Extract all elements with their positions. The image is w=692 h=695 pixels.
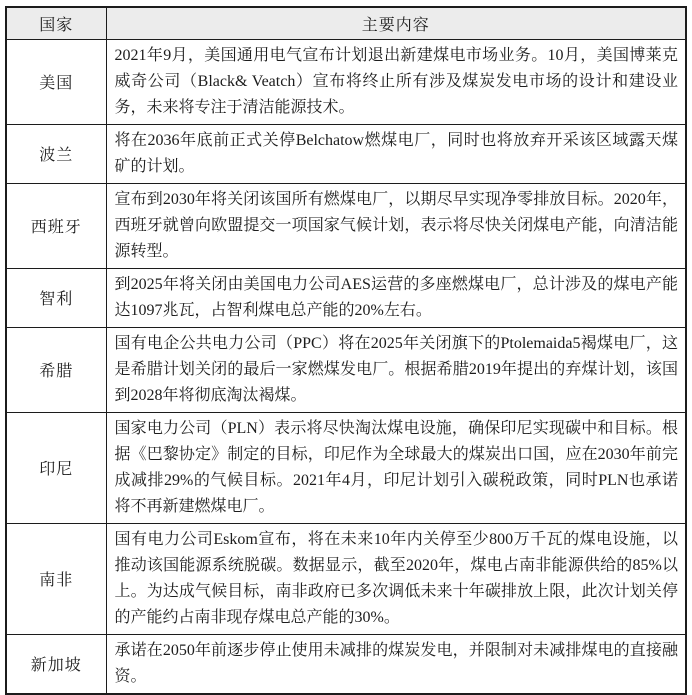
table-row-chile: 智利 到2025年将关闭由美国电力公司AES运营的多座燃煤电厂，总计涉及的煤电产… [6, 268, 686, 327]
country-cell: 美国 [6, 39, 106, 124]
table-body: 美国 2021年9月，美国通用电气宣布计划退出新建煤电市场业务。10月，美国博莱… [6, 39, 686, 694]
coal-phaseout-table: 国家 主要内容 美国 2021年9月，美国通用电气宣布计划退出新建煤电市场业务。… [5, 6, 687, 695]
coal-phaseout-table-container: 国家 主要内容 美国 2021年9月，美国通用电气宣布计划退出新建煤电市场业务。… [5, 6, 687, 695]
content-cell: 2021年9月，美国通用电气宣布计划退出新建煤电市场业务。10月，美国博莱克威奇… [106, 39, 686, 124]
content-cell: 国有电力公司Eskom宣布，将在未来10年内关停至少800万千瓦的煤电设施，以推… [106, 523, 686, 634]
table-row-indonesia: 印尼 国家电力公司（PLN）表示将尽快淘汰煤电设施，确保印尼实现碳中和目标。根据… [6, 412, 686, 523]
table-row-usa: 美国 2021年9月，美国通用电气宣布计划退出新建煤电市场业务。10月，美国博莱… [6, 39, 686, 124]
table-header: 国家 主要内容 [6, 7, 686, 39]
content-cell: 国家电力公司（PLN）表示将尽快淘汰煤电设施，确保印尼实现碳中和目标。根据《巴黎… [106, 412, 686, 523]
content-cell: 国有电企公共电力公司（PPC）将在2025年关闭旗下的Ptolemaida5褐煤… [106, 327, 686, 412]
header-country: 国家 [6, 7, 106, 39]
content-cell: 宣布到2030年将关闭该国所有燃煤电厂，以期尽早实现净零排放目标。2020年，西… [106, 183, 686, 268]
country-cell: 希腊 [6, 327, 106, 412]
table-row-poland: 波兰 将在2036年底前正式关停Belchatow燃煤电厂，同时也将放弃开采该区… [6, 124, 686, 183]
header-main-content: 主要内容 [106, 7, 686, 39]
table-row-south-africa: 南非 国有电力公司Eskom宣布，将在未来10年内关停至少800万千瓦的煤电设施… [6, 523, 686, 634]
table-row-greece: 希腊 国有电企公共电力公司（PPC）将在2025年关闭旗下的Ptolemaida… [6, 327, 686, 412]
header-row: 国家 主要内容 [6, 7, 686, 39]
country-cell: 波兰 [6, 124, 106, 183]
table-row-spain: 西班牙 宣布到2030年将关闭该国所有燃煤电厂，以期尽早实现净零排放目标。202… [6, 183, 686, 268]
country-cell: 印尼 [6, 412, 106, 523]
country-cell: 智利 [6, 268, 106, 327]
country-cell: 南非 [6, 523, 106, 634]
content-cell: 到2025年将关闭由美国电力公司AES运营的多座燃煤电厂，总计涉及的煤电产能达1… [106, 268, 686, 327]
country-cell: 西班牙 [6, 183, 106, 268]
content-cell: 将在2036年底前正式关停Belchatow燃煤电厂，同时也将放弃开采该区域露天… [106, 124, 686, 183]
